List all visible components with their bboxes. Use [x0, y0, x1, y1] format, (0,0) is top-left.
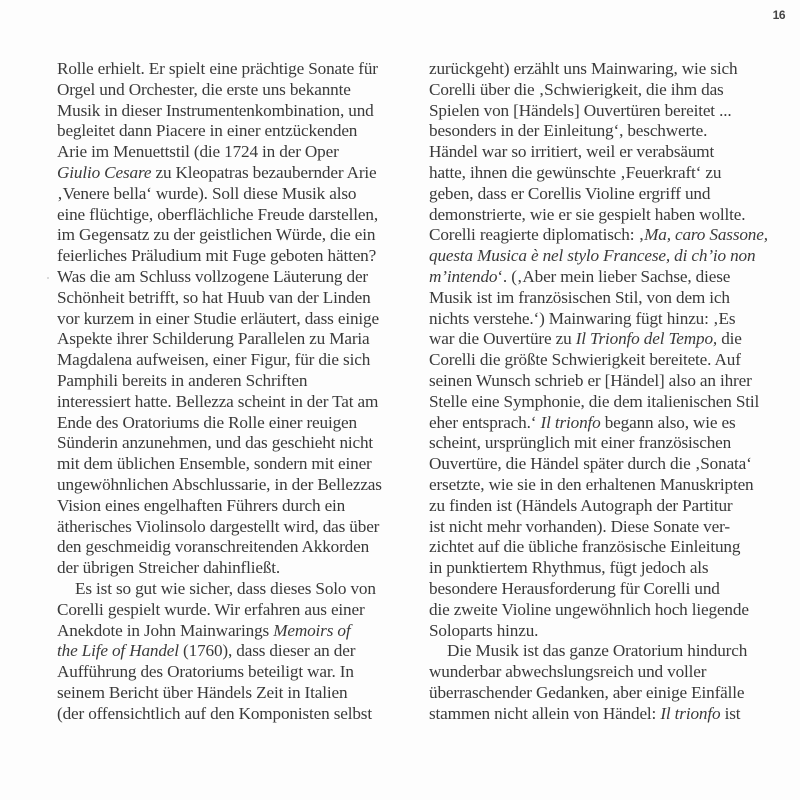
- text-segment: ätherisches Violinsolo dargestellt wird,…: [57, 517, 379, 536]
- text-line: nichts verstehe.‘) Mainwaring fügt hinzu…: [429, 309, 791, 330]
- text-line: zurückgeht) erzählt uns Mainwaring, wie …: [429, 59, 791, 80]
- text-line: mit dem üblichen Ensemble, sondern mit e…: [57, 454, 419, 475]
- text-segment: hatte, ihnen die gewünschte ‚Feuerkraft‘…: [429, 163, 721, 182]
- text-line: Orgel und Orchester, die erste uns bekan…: [57, 80, 419, 101]
- italic-text: m’intendo: [429, 267, 497, 286]
- text-line: the Life of Handel (1760), dass dieser a…: [57, 641, 419, 662]
- text-segment: Aspekte ihrer Schilderung Parallelen zu …: [57, 329, 370, 348]
- text-line: Ende des Oratoriums die Rolle einer reui…: [57, 413, 419, 434]
- text-line: eine flüchtige, oberflächliche Freude da…: [57, 205, 419, 226]
- text-line: Pamphili bereits in anderen Schriften: [57, 371, 419, 392]
- text-line: die zweite Violine ungewöhnlich hoch lie…: [429, 600, 791, 621]
- text-line: Die Musik ist das ganze Oratorium hindur…: [429, 641, 791, 662]
- text-segment: Corelli gespielt wurde. Wir erfahren aus…: [57, 600, 365, 619]
- page-number: 16: [773, 8, 785, 22]
- text-segment: Schönheit betrifft, so hat Huub van der …: [57, 288, 371, 307]
- text-line: vor kurzem in einer Studie erläutert, da…: [57, 309, 419, 330]
- italic-text: Il trionfo: [541, 413, 601, 432]
- text-segment: begleitet dann Piacere in einer entzücke…: [57, 121, 357, 140]
- text-segment: stammen nicht allein von Händel:: [429, 704, 660, 723]
- text-line: seinem Bericht über Händels Zeit in Ital…: [57, 683, 419, 704]
- text-segment: Musik ist im französischen Stil, von dem…: [429, 288, 730, 307]
- text-line: Aufführung des Oratoriums beteiligt war.…: [57, 662, 419, 683]
- text-segment: besonders in der Einleitung‘, beschwerte…: [429, 121, 707, 140]
- text-line: Corelli reagierte diplomatisch: ‚Ma, car…: [429, 225, 791, 246]
- text-line: Anekdote in John Mainwarings Memoirs of: [57, 621, 419, 642]
- text-segment: Die Musik ist das ganze Oratorium hindur…: [447, 641, 747, 660]
- text-line: feierliches Präludium mit Fuge geboten h…: [57, 246, 419, 267]
- text-line: stammen nicht allein von Händel: Il trio…: [429, 704, 791, 725]
- text-line: interessiert hatte. Bellezza scheint in …: [57, 392, 419, 413]
- text-line: überraschender Gedanken, aber einige Ein…: [429, 683, 791, 704]
- text-segment: geben, dass er Corellis Violine ergriff …: [429, 184, 710, 203]
- text-line: besonders in der Einleitung‘, beschwerte…: [429, 121, 791, 142]
- text-segment: Corelli reagierte diplomatisch: ‚: [429, 225, 644, 244]
- text-segment: Spielen von [Händels] Ouvertüren bereite…: [429, 101, 732, 120]
- text-line: Händel war so irritiert, weil er verabsä…: [429, 142, 791, 163]
- left-text-column: Rolle erhielt. Er spielt eine prächtige …: [57, 59, 419, 725]
- text-line: ungewöhnlichen Abschlussarie, in der Bel…: [57, 475, 419, 496]
- text-segment: zichtet auf die übliche französische Ein…: [429, 537, 740, 556]
- text-line: den geschmeidig voranschreitenden Akkord…: [57, 537, 419, 558]
- text-segment: (1760), dass dieser an der: [179, 641, 355, 660]
- text-line: Soloparts hinzu.: [429, 621, 791, 642]
- text-segment: ersetzte, wie sie in den erhaltenen Manu…: [429, 475, 754, 494]
- text-segment: ‘. (‚Aber mein lieber Sachse, diese: [497, 267, 730, 286]
- text-line: Stelle eine Symphonie, die dem italienis…: [429, 392, 791, 413]
- text-line: m’intendo‘. (‚Aber mein lieber Sachse, d…: [429, 267, 791, 288]
- text-segment: den geschmeidig voranschreitenden Akkord…: [57, 537, 369, 556]
- text-segment: nichts verstehe.‘) Mainwaring fügt hinzu…: [429, 309, 735, 328]
- italic-text: Ma, caro Sassone,: [644, 225, 768, 244]
- text-line: Rolle erhielt. Er spielt eine prächtige …: [57, 59, 419, 80]
- text-line: begleitet dann Piacere in einer entzücke…: [57, 121, 419, 142]
- text-line: geben, dass er Corellis Violine ergriff …: [429, 184, 791, 205]
- text-segment: ‚Venere bella‘ wurde). Soll diese Musik …: [57, 184, 356, 203]
- text-segment: interessiert hatte. Bellezza scheint in …: [57, 392, 378, 411]
- text-segment: demonstrierte, wie er sie gespielt haben…: [429, 205, 745, 224]
- text-line: (der offensichtlich auf den Komponisten …: [57, 704, 419, 725]
- text-segment: mit dem üblichen Ensemble, sondern mit e…: [57, 454, 372, 473]
- text-segment: Musik in dieser Instrumentenkombination,…: [57, 101, 374, 120]
- text-line: Corelli gespielt wurde. Wir erfahren aus…: [57, 600, 419, 621]
- text-line: der übrigen Streicher dahinfließt.: [57, 558, 419, 579]
- text-segment: Es ist so gut wie sicher, dass dieses So…: [75, 579, 376, 598]
- text-line: war die Ouvertüre zu Il Trionfo del Temp…: [429, 329, 791, 350]
- text-segment: die zweite Violine ungewöhnlich hoch lie…: [429, 600, 749, 619]
- text-segment: in punktiertem Rhythmus, fügt jedoch als: [429, 558, 708, 577]
- text-segment: feierliches Präludium mit Fuge geboten h…: [57, 246, 376, 265]
- text-segment: ist: [720, 704, 740, 723]
- text-segment: Aufführung des Oratoriums beteiligt war.…: [57, 662, 354, 681]
- text-segment: zurückgeht) erzählt uns Mainwaring, wie …: [429, 59, 737, 78]
- text-segment: eher entsprach.‘: [429, 413, 541, 432]
- text-line: Musik in dieser Instrumentenkombination,…: [57, 101, 419, 122]
- text-segment: überraschender Gedanken, aber einige Ein…: [429, 683, 744, 702]
- text-line: Schönheit betrifft, so hat Huub van der …: [57, 288, 419, 309]
- text-line: Corelli über die ‚Schwierigkeit, die ihm…: [429, 80, 791, 101]
- text-line: Magdalena aufweisen, einer Figur, für di…: [57, 350, 419, 371]
- text-segment: Magdalena aufweisen, einer Figur, für di…: [57, 350, 370, 369]
- text-segment: wunderbar abwechslungsreich und voller: [429, 662, 706, 681]
- text-segment: war die Ouvertüre zu: [429, 329, 576, 348]
- text-segment: ist nicht mehr vorhanden). Diese Sonate …: [429, 517, 730, 536]
- italic-text: Memoirs of: [273, 621, 350, 640]
- text-segment: Vision eines engelhaften Führers durch e…: [57, 496, 345, 515]
- text-segment: begann also, wie es: [601, 413, 736, 432]
- text-line: Musik ist im französischen Stil, von dem…: [429, 288, 791, 309]
- text-segment: im Gegensatz zu der geistlichen Würde, d…: [57, 225, 375, 244]
- text-segment: zu finden ist (Händels Autograph der Par…: [429, 496, 733, 515]
- text-segment: die: [717, 329, 742, 348]
- italic-text: Il Trionfo del Tempo,: [576, 329, 717, 348]
- scan-speck: [47, 277, 49, 279]
- text-line: Aspekte ihrer Schilderung Parallelen zu …: [57, 329, 419, 350]
- text-segment: eine flüchtige, oberflächliche Freude da…: [57, 205, 378, 224]
- text-segment: besondere Herausforderung für Corelli un…: [429, 579, 720, 598]
- text-line: ersetzte, wie sie in den erhaltenen Manu…: [429, 475, 791, 496]
- text-line: eher entsprach.‘ Il trionfo begann also,…: [429, 413, 791, 434]
- text-line: Sünderin anzunehmen, und das geschieht n…: [57, 433, 419, 454]
- text-segment: ungewöhnlichen Abschlussarie, in der Bel…: [57, 475, 382, 494]
- text-segment: Soloparts hinzu.: [429, 621, 538, 640]
- right-text-column: zurückgeht) erzählt uns Mainwaring, wie …: [429, 59, 791, 725]
- text-line: scheint, ursprünglich mit einer französi…: [429, 433, 791, 454]
- text-segment: Pamphili bereits in anderen Schriften: [57, 371, 307, 390]
- text-segment: Anekdote in John Mainwarings: [57, 621, 273, 640]
- text-line: im Gegensatz zu der geistlichen Würde, d…: [57, 225, 419, 246]
- text-segment: vor kurzem in einer Studie erläutert, da…: [57, 309, 379, 328]
- italic-text: Il trionfo: [660, 704, 720, 723]
- text-line: ‚Venere bella‘ wurde). Soll diese Musik …: [57, 184, 419, 205]
- text-segment: (der offensichtlich auf den Komponisten …: [57, 704, 372, 723]
- text-line: zu finden ist (Händels Autograph der Par…: [429, 496, 791, 517]
- text-line: Es ist so gut wie sicher, dass dieses So…: [57, 579, 419, 600]
- text-segment: Corelli über die ‚Schwierigkeit, die ihm…: [429, 80, 724, 99]
- text-segment: seinen Wunsch schrieb er [Händel] also a…: [429, 371, 752, 390]
- text-segment: seinem Bericht über Händels Zeit in Ital…: [57, 683, 347, 702]
- text-segment: Orgel und Orchester, die erste uns bekan…: [57, 80, 351, 99]
- text-line: demonstrierte, wie er sie gespielt haben…: [429, 205, 791, 226]
- italic-text: Giulio Cesare: [57, 163, 151, 182]
- text-segment: der übrigen Streicher dahinfließt.: [57, 558, 280, 577]
- text-segment: Arie im Menuettstil (die 1724 in der Ope…: [57, 142, 339, 161]
- text-line: questa Musica è nel stylo Francese, di c…: [429, 246, 791, 267]
- text-line: seinen Wunsch schrieb er [Händel] also a…: [429, 371, 791, 392]
- text-line: ätherisches Violinsolo dargestellt wird,…: [57, 517, 419, 538]
- text-line: besondere Herausforderung für Corelli un…: [429, 579, 791, 600]
- text-line: hatte, ihnen die gewünschte ‚Feuerkraft‘…: [429, 163, 791, 184]
- italic-text: questa Musica è nel stylo Francese, di c…: [429, 246, 755, 265]
- text-line: Ouvertüre, die Händel später durch die ‚…: [429, 454, 791, 475]
- text-line: ist nicht mehr vorhanden). Diese Sonate …: [429, 517, 791, 538]
- text-segment: Händel war so irritiert, weil er verabsä…: [429, 142, 714, 161]
- text-segment: zu Kleopatras bezaubernder Arie: [151, 163, 376, 182]
- text-segment: Ende des Oratoriums die Rolle einer reui…: [57, 413, 357, 432]
- text-line: wunderbar abwechslungsreich und voller: [429, 662, 791, 683]
- text-segment: Sünderin anzunehmen, und das geschieht n…: [57, 433, 373, 452]
- text-segment: Corelli die größte Schwierigkeit bereite…: [429, 350, 741, 369]
- text-line: in punktiertem Rhythmus, fügt jedoch als: [429, 558, 791, 579]
- text-line: Was die am Schluss vollzogene Läuterung …: [57, 267, 419, 288]
- text-line: Giulio Cesare zu Kleopatras bezaubernder…: [57, 163, 419, 184]
- text-line: zichtet auf die übliche französische Ein…: [429, 537, 791, 558]
- text-segment: scheint, ursprünglich mit einer französi…: [429, 433, 731, 452]
- text-line: Arie im Menuettstil (die 1724 in der Ope…: [57, 142, 419, 163]
- italic-text: the Life of Handel: [57, 641, 179, 660]
- text-segment: Rolle erhielt. Er spielt eine prächtige …: [57, 59, 378, 78]
- text-segment: Was die am Schluss vollzogene Läuterung …: [57, 267, 368, 286]
- text-line: Spielen von [Händels] Ouvertüren bereite…: [429, 101, 791, 122]
- text-line: Corelli die größte Schwierigkeit bereite…: [429, 350, 791, 371]
- text-line: Vision eines engelhaften Führers durch e…: [57, 496, 419, 517]
- text-segment: Ouvertüre, die Händel später durch die ‚…: [429, 454, 752, 473]
- text-segment: Stelle eine Symphonie, die dem italienis…: [429, 392, 759, 411]
